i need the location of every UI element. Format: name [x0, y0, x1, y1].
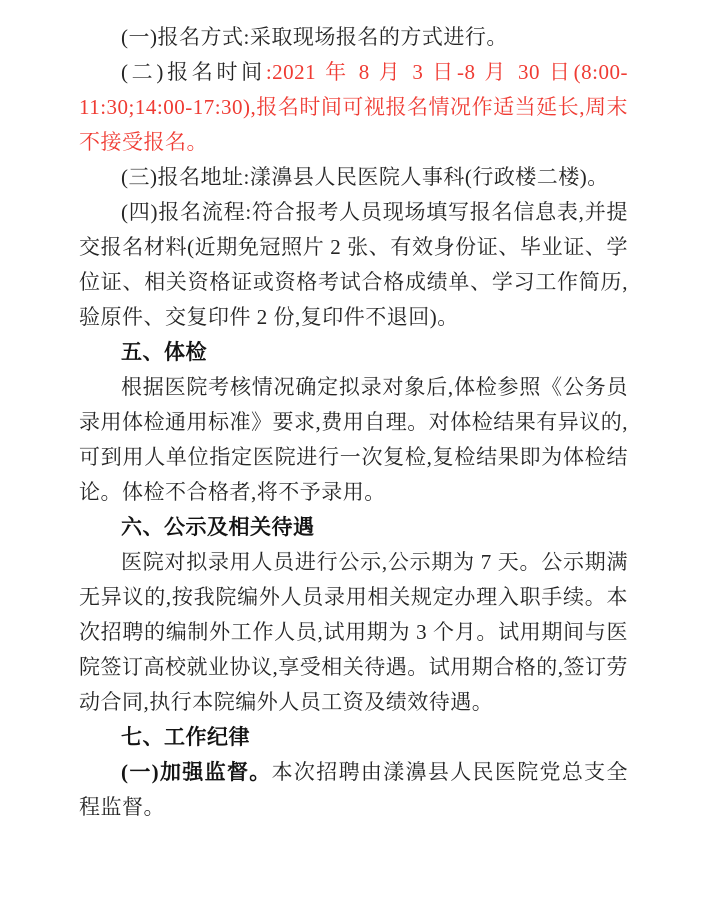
document-page: (一)报名方式:采取现场报名的方式进行。 (二)报名时间:2021 年 8 月 … [0, 0, 705, 907]
paragraph-strengthen-supervision: (一)加强监督。本次招聘由漾濞县人民医院党总支全程监督。 [79, 755, 628, 825]
paragraph-registration-method: (一)报名方式:采取现场报名的方式进行。 [79, 20, 628, 55]
heading-section-6-publicity-benefits: 六、公示及相关待遇 [79, 510, 628, 545]
strengthen-supervision-lead: (一)加强监督。 [121, 760, 272, 784]
paragraph-registration-process: (四)报名流程:符合报考人员现场填写报名信息表,并提交报名材料(近期免冠照片 2… [79, 195, 628, 335]
paragraph-publicity-benefits: 医院对拟录用人员进行公示,公示期为 7 天。公示期满无异议的,按我院编外人员录用… [79, 545, 628, 720]
paragraph-physical-exam: 根据医院考核情况确定拟录对象后,体检参照《公务员录用体检通用标准》要求,费用自理… [79, 370, 628, 510]
heading-section-7-work-discipline: 七、工作纪律 [79, 720, 628, 755]
registration-time-label: (二)报名时间 [121, 60, 266, 84]
physical-exam-text: 根据医院考核情况确定拟录对象后,体检参照《公务员录用体检通用标准》要求,费用自理… [79, 375, 628, 504]
registration-process-text: (四)报名流程:符合报考人员现场填写报名信息表,并提交报名材料(近期免冠照片 2… [79, 200, 628, 329]
paragraph-registration-address: (三)报名地址:漾濞县人民医院人事科(行政楼二楼)。 [79, 160, 628, 195]
paragraph-registration-time: (二)报名时间:2021 年 8 月 3 日-8 月 30 日(8:00-11:… [79, 55, 628, 160]
publicity-benefits-text: 医院对拟录用人员进行公示,公示期为 7 天。公示期满无异议的,按我院编外人员录用… [79, 550, 628, 714]
heading-section-5-physical-exam: 五、体检 [79, 335, 628, 370]
document-body: (一)报名方式:采取现场报名的方式进行。 (二)报名时间:2021 年 8 月 … [79, 20, 628, 825]
registration-address-text: (三)报名地址:漾濞县人民医院人事科(行政楼二楼)。 [121, 165, 609, 189]
registration-method-text: (一)报名方式:采取现场报名的方式进行。 [121, 25, 508, 49]
